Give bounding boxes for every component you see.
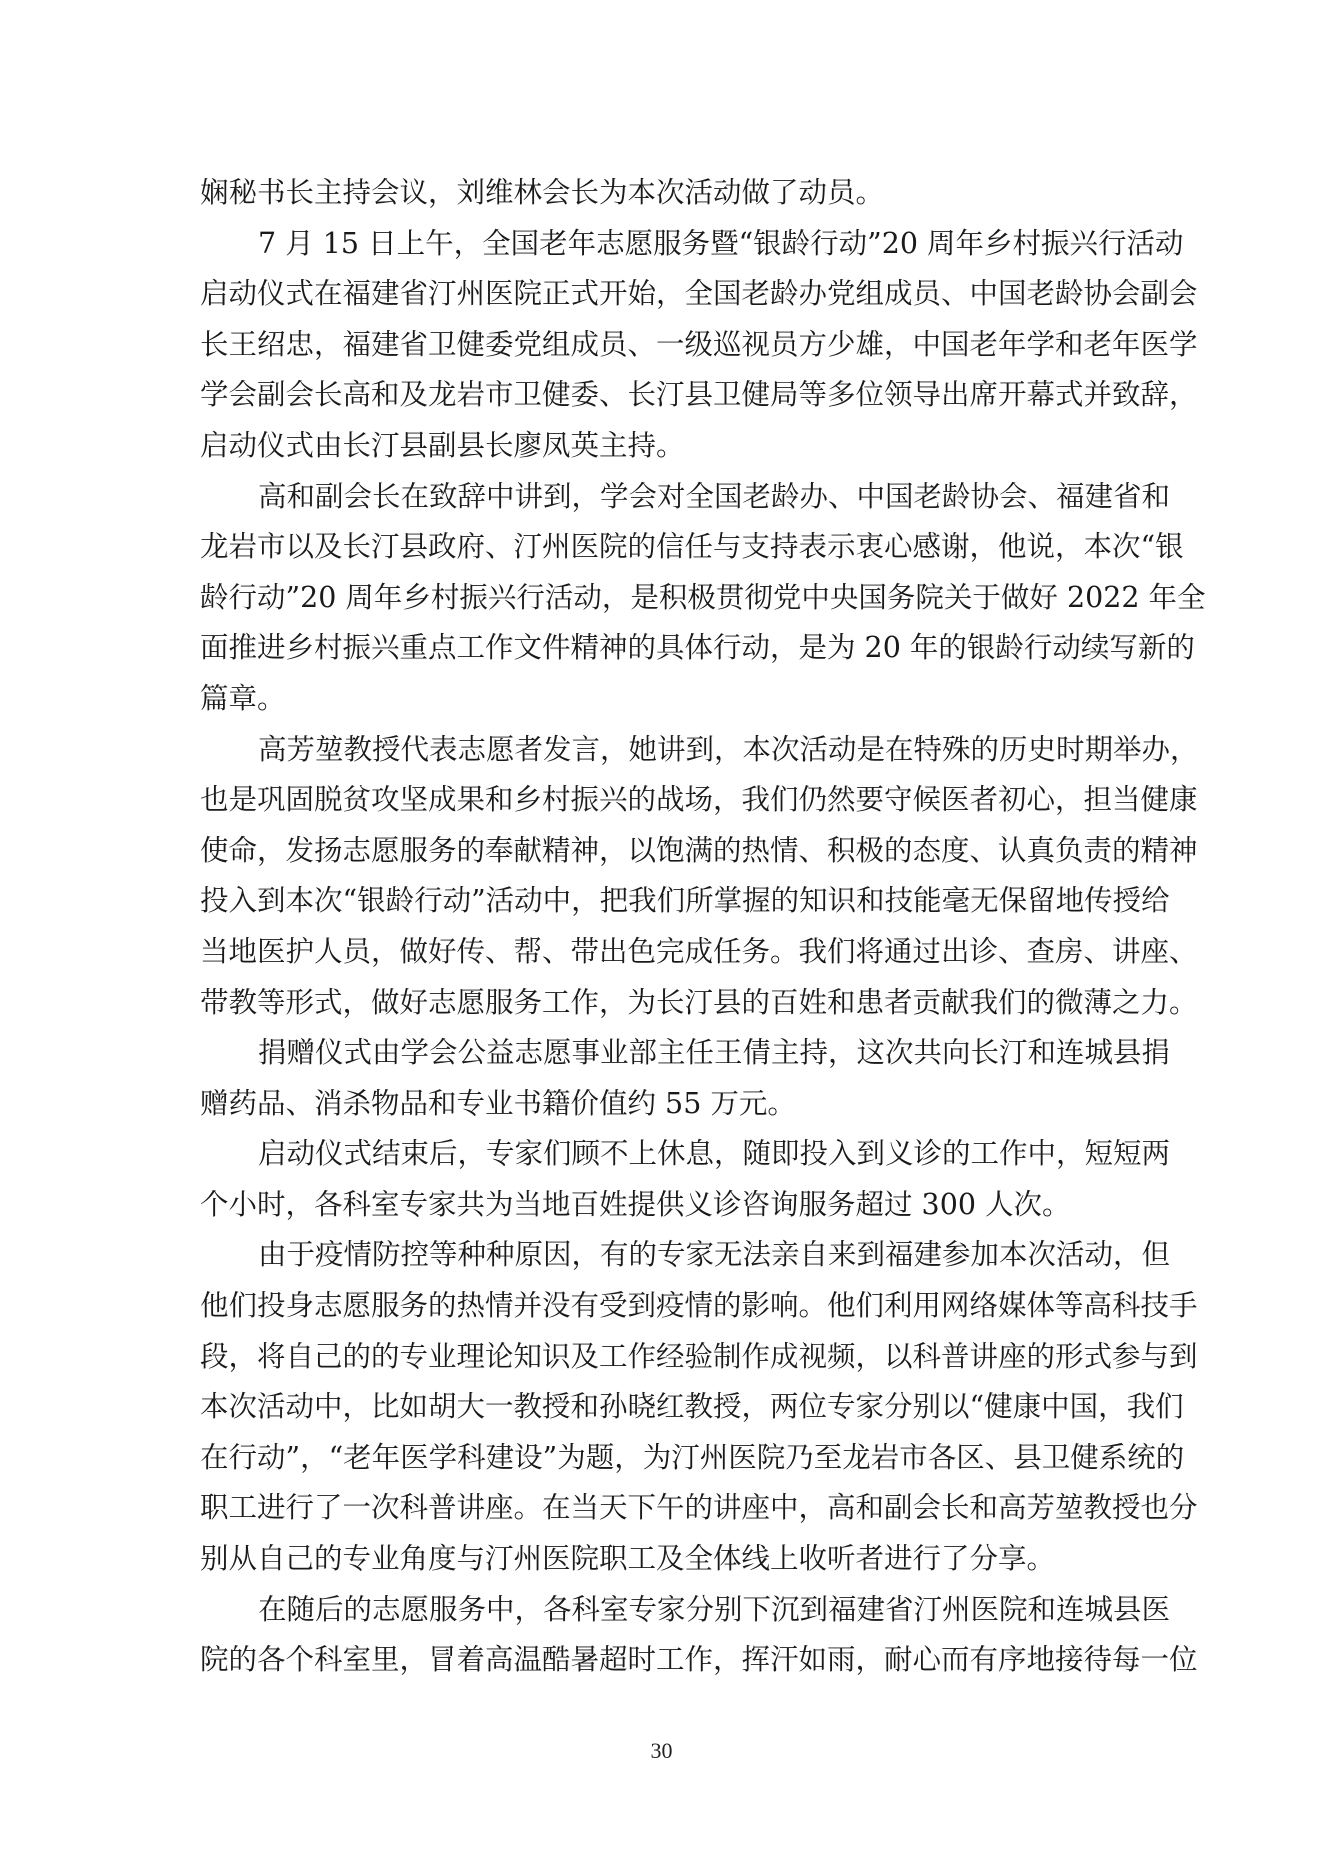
- text-line: 长王绍忠，福建省卫健委党组成员、一级巡视员方少雄，中国老年学和老年医学: [200, 320, 1130, 371]
- text-line: 面推进乡村振兴重点工作文件精神的具体行动，是为 20 年的银龄行动续写新的: [200, 623, 1130, 674]
- text-line: 高芳堃教授代表志愿者发言，她讲到，本次活动是在特殊的历史时期举办，: [200, 725, 1130, 776]
- text-line: 启动仪式由长汀县副县长廖凤英主持。: [200, 421, 1130, 472]
- text-line: 7 月 15 日上午，全国老年志愿服务暨“银龄行动”20 周年乡村振兴行活动: [200, 219, 1130, 270]
- paragraph: 启动仪式结束后，专家们顾不上休息，随即投入到义诊的工作中，短短两个小时，各科室专…: [200, 1129, 1130, 1230]
- text-line: 在随后的志愿服务中，各科室专家分别下沉到福建省汀州医院和连城县医: [200, 1585, 1130, 1636]
- text-line: 高和副会长在致辞中讲到，学会对全国老龄办、中国老龄协会、福建省和: [200, 472, 1130, 523]
- paragraph: 娴秘书长主持会议，刘维林会长为本次活动做了动员。: [200, 168, 1130, 219]
- paragraph: 7 月 15 日上午，全国老年志愿服务暨“银龄行动”20 周年乡村振兴行活动启动…: [200, 219, 1130, 472]
- paragraph: 捐赠仪式由学会公益志愿事业部主任王倩主持，这次共向长汀和连城县捐赠药品、消杀物品…: [200, 1028, 1130, 1129]
- text-line: 本次活动中，比如胡大一教授和孙晓红教授，两位专家分别以“健康中国，我们: [200, 1382, 1130, 1433]
- text-line: 段，将自己的的专业理论知识及工作经验制作成视频，以科普讲座的形式参与到: [200, 1332, 1130, 1383]
- text-line: 娴秘书长主持会议，刘维林会长为本次活动做了动员。: [200, 168, 1130, 219]
- text-line: 在行动”，“老年医学科建设”为题，为汀州医院乃至龙岩市各区、县卫健系统的: [200, 1433, 1130, 1484]
- body-text: 娴秘书长主持会议，刘维林会长为本次活动做了动员。7 月 15 日上午，全国老年志…: [200, 168, 1130, 1686]
- text-line: 投入到本次“银龄行动”活动中，把我们所掌握的知识和技能毫无保留地传授给: [200, 876, 1130, 927]
- text-line: 他们投身志愿服务的热情并没有受到疫情的影响。他们利用网络媒体等高科技手: [200, 1281, 1130, 1332]
- text-line: 龙岩市以及长汀县政府、汀州医院的信任与支持表示衷心感谢，他说，本次“银: [200, 522, 1130, 573]
- text-line: 由于疫情防控等种种原因，有的专家无法亲自来到福建参加本次活动，但: [200, 1230, 1130, 1281]
- text-line: 使命，发扬志愿服务的奉献精神，以饱满的热情、积极的态度、认真负责的精神: [200, 826, 1130, 877]
- text-line: 启动仪式结束后，专家们顾不上休息，随即投入到义诊的工作中，短短两: [200, 1129, 1130, 1180]
- paragraph: 高芳堃教授代表志愿者发言，她讲到，本次活动是在特殊的历史时期举办，也是巩固脱贫攻…: [200, 725, 1130, 1029]
- text-line: 赠药品、消杀物品和专业书籍价值约 55 万元。: [200, 1079, 1130, 1130]
- text-line: 篇章。: [200, 674, 1130, 725]
- text-line: 学会副会长高和及龙岩市卫健委、长汀县卫健局等多位领导出席开幕式并致辞，: [200, 370, 1130, 421]
- text-line: 院的各个科室里，冒着高温酷暑超时工作，挥汗如雨，耐心而有序地接待每一位: [200, 1635, 1130, 1686]
- document-page: 娴秘书长主持会议，刘维林会长为本次活动做了动员。7 月 15 日上午，全国老年志…: [0, 0, 1323, 1871]
- text-line: 当地医护人员，做好传、帮、带出色完成任务。我们将通过出诊、查房、讲座、: [200, 927, 1130, 978]
- paragraph: 在随后的志愿服务中，各科室专家分别下沉到福建省汀州医院和连城县医院的各个科室里，…: [200, 1585, 1130, 1686]
- paragraph: 由于疫情防控等种种原因，有的专家无法亲自来到福建参加本次活动，但他们投身志愿服务…: [200, 1230, 1130, 1584]
- paragraph: 高和副会长在致辞中讲到，学会对全国老龄办、中国老龄协会、福建省和龙岩市以及长汀县…: [200, 472, 1130, 725]
- text-line: 带教等形式，做好志愿服务工作，为长汀县的百姓和患者贡献我们的微薄之力。: [200, 978, 1130, 1029]
- text-line: 也是巩固脱贫攻坚成果和乡村振兴的战场，我们仍然要守候医者初心，担当健康: [200, 775, 1130, 826]
- text-line: 捐赠仪式由学会公益志愿事业部主任王倩主持，这次共向长汀和连城县捐: [200, 1028, 1130, 1079]
- text-line: 个小时，各科室专家共为当地百姓提供义诊咨询服务超过 300 人次。: [200, 1180, 1130, 1231]
- text-line: 启动仪式在福建省汀州医院正式开始，全国老龄办党组成员、中国老龄协会副会: [200, 269, 1130, 320]
- text-line: 职工进行了一次科普讲座。在当天下午的讲座中，高和副会长和高芳堃教授也分: [200, 1483, 1130, 1534]
- text-line: 龄行动”20 周年乡村振兴行活动，是积极贯彻党中央国务院关于做好 2022 年全: [200, 573, 1130, 624]
- page-number: 30: [0, 1738, 1323, 1764]
- text-line: 别从自己的专业角度与汀州医院职工及全体线上收听者进行了分享。: [200, 1534, 1130, 1585]
